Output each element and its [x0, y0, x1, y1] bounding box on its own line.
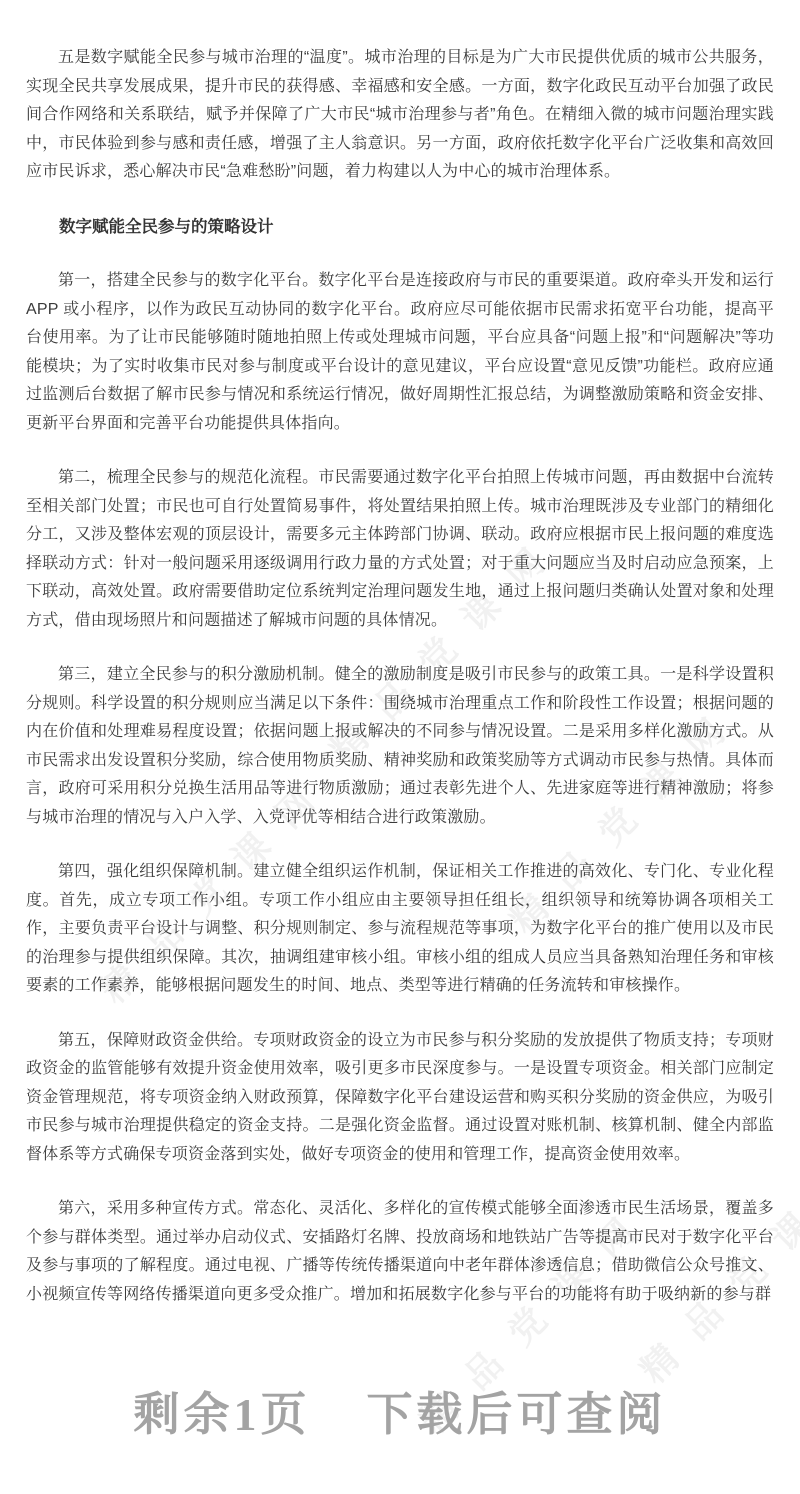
remaining-pages-banner: 剩余1页 下载后可查阅 — [0, 1378, 800, 1444]
document-page: 精品党课网 精品党课网 精品党课网 精品党课网 精品党课网 五是数字赋能全民参与… — [0, 0, 800, 1494]
section-heading: 数字赋能全民参与的策略设计 — [26, 213, 774, 242]
remaining-pages-label: 剩余1页 — [134, 1378, 311, 1444]
body-paragraph-6: 第六，采用多种宣传方式。常态化、灵活化、多样化的宣传模式能够全面渗透市民生活场景… — [26, 1195, 774, 1309]
body-paragraph-5: 第五，保障财政资金供给。专项财政资金的设立为市民参与积分奖励的发放提供了物质支持… — [26, 1027, 774, 1170]
body-paragraph-4: 第四，强化组织保障机制。建立健全组织运作机制，保证相关工作推进的高效化、专门化、… — [26, 858, 774, 1001]
download-to-view-label: 下载后可查阅 — [367, 1378, 667, 1444]
body-paragraph-1: 第一，搭建全民参与的数字化平台。数字化平台是连接政府与市民的重要渠道。政府牵头开… — [26, 267, 774, 438]
document-content: 五是数字赋能全民参与城市治理的“温度”。城市治理的目标是为广大市民提供优质的城市… — [0, 0, 800, 1320]
body-paragraph-2: 第二，梳理全民参与的规范化流程。市民需要通过数字化平台拍照上传城市问题，再由数据… — [26, 464, 774, 635]
body-paragraph-3: 第三，建立全民参与的积分激励机制。健全的激励制度是吸引市民参与的政策工具。一是科… — [26, 661, 774, 832]
intro-paragraph: 五是数字赋能全民参与城市治理的“温度”。城市治理的目标是为广大市民提供优质的城市… — [26, 44, 774, 187]
